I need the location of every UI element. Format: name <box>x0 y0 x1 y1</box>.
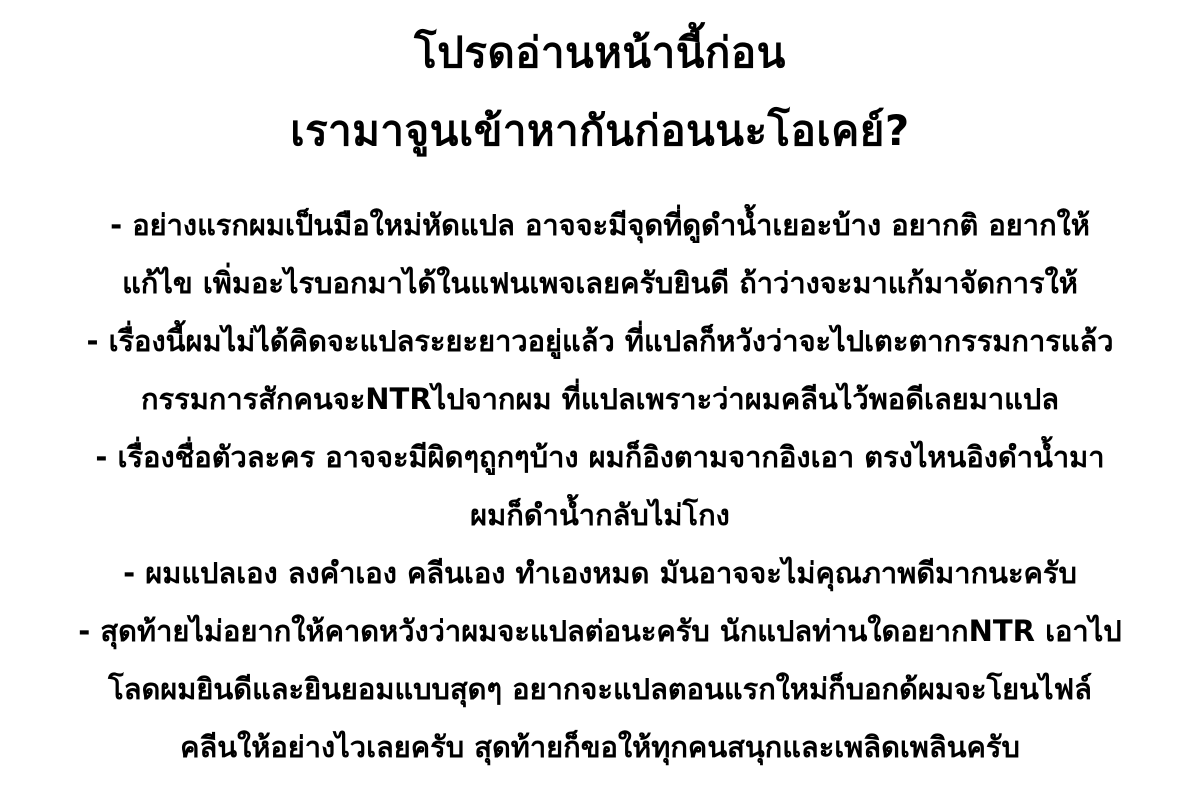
notice-line-8: - สุดท้ายไม่อยากให้คาดหวังว่าผมจะแปลต่อน… <box>28 602 1172 660</box>
notice-line-2: แก้ไข เพิ่มอะไรบอกมาได้ในแฟนเพจเลยครับยิ… <box>28 254 1172 312</box>
notice-line-4: กรรมการสักคนจะNTRไปจากผม ที่แปลเพราะว่าผ… <box>28 370 1172 428</box>
notice-line-10: คลีนให้อย่างไวเลยครับ สุดท้ายก็ขอให้ทุกค… <box>28 718 1172 776</box>
notice-line-3: - เรื่องนี้ผมไม่ได้คิดจะแปลระยะยาวอยู่แล… <box>28 312 1172 370</box>
notice-line-7: - ผมแปลเอง ลงคำเอง คลีนเอง ทำเองหมด มันอ… <box>28 544 1172 602</box>
page-title-line-1: โปรดอ่านหน้านี้ก่อน <box>28 14 1172 92</box>
page-title-line-2: เรามาจูนเข้าหากันก่อนนะโอเคย์? <box>28 92 1172 170</box>
notice-line-5: - เรื่องชื่อตัวละคร อาจจะมีผิดๆถูกๆบ้าง … <box>28 428 1172 486</box>
page-title: โปรดอ่านหน้านี้ก่อน เรามาจูนเข้าหากันก่อ… <box>28 14 1172 170</box>
notice-line-9: โลดผมยินดีและยินยอมแบบสุดๆ อยากจะแปลตอนแ… <box>28 660 1172 718</box>
notice-line-1: - อย่างแรกผมเป็นมือใหม่หัดแปล อาจจะมีจุด… <box>28 196 1172 254</box>
notice-page: โปรดอ่านหน้านี้ก่อน เรามาจูนเข้าหากันก่อ… <box>0 0 1200 800</box>
notice-line-6: ผมก็ดำน้ำกลับไม่โกง <box>28 486 1172 544</box>
notice-body: - อย่างแรกผมเป็นมือใหม่หัดแปล อาจจะมีจุด… <box>28 196 1172 776</box>
